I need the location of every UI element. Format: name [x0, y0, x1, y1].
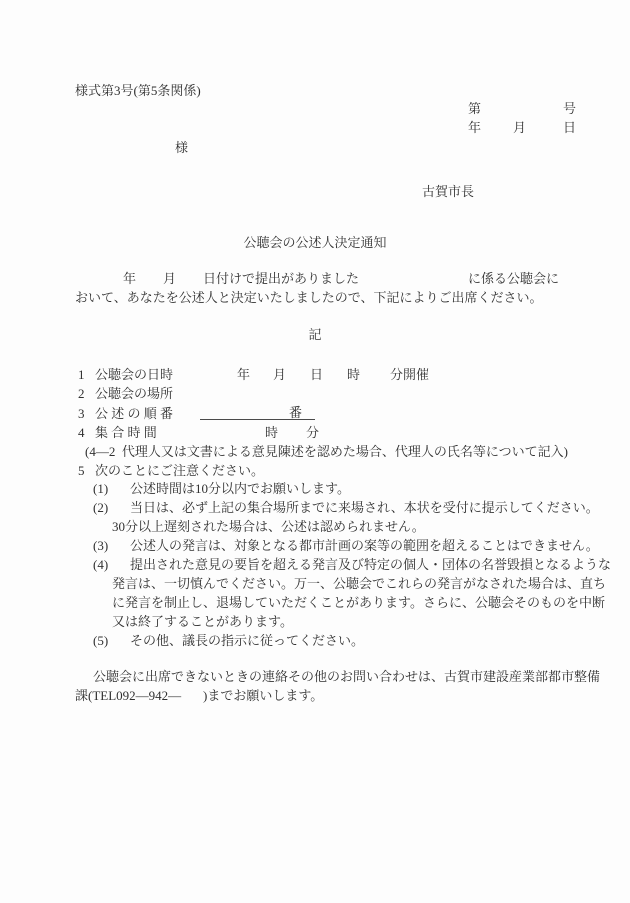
item4-field-minute: 分	[306, 425, 319, 440]
item1-number: 1	[78, 367, 85, 382]
item1-field-day: 日	[310, 367, 323, 382]
date-month-label: 月	[513, 120, 526, 135]
note5-line1: その他、議長の指示に従ってください。	[130, 633, 364, 648]
item2-number: 2	[78, 386, 85, 401]
item1-field-hour: 時	[347, 367, 360, 382]
note1-marker: (1)	[93, 481, 108, 496]
item4-field-hour: 時	[265, 425, 278, 440]
item3-number: 3	[78, 406, 85, 421]
note4-line1: 提出された意見の要旨を超える発言及び特定の個人・団体の名誉毀損となるような	[130, 557, 611, 572]
intro-text-tail: に係る公聴会に	[468, 271, 559, 286]
item3-label: 公 述 の 順 番	[95, 406, 173, 421]
sender-name: 古賀市長	[422, 184, 474, 199]
note2-line1: 当日は、必ず上記の集合場所までに来場され、本状を受付に提示してください。	[130, 500, 599, 515]
note2-marker: (2)	[93, 500, 108, 515]
order-number-unit: 番	[289, 405, 315, 420]
contact-phone-head: 課(TEL092—942—	[75, 688, 181, 703]
note3-marker: (3)	[93, 538, 108, 553]
date-year-label: 年	[468, 120, 481, 135]
item5-number: 5	[78, 463, 85, 478]
order-number-blank: 番	[200, 405, 315, 420]
item4-number: 4	[78, 425, 85, 440]
intro-text-line2: おいて、あなたを公述人と決定いたしましたので、下記によりご出席ください。	[75, 290, 542, 305]
document-title: 公聴会の公述人決定通知	[0, 235, 630, 250]
item1-field-month: 月	[273, 367, 286, 382]
note4-line4: 又は終了することがあります。	[112, 614, 293, 629]
addressee-honorific: 様	[175, 140, 188, 155]
doc-number-suffix: 号	[563, 101, 576, 116]
public-hearing-notice-document: 様式第3号(第5条関係) 第 号 年 月 日 様 古賀市長 公聴会の公述人決定通…	[0, 0, 630, 903]
note1-line1: 公述時間は10分以内でお願いします。	[130, 481, 350, 496]
item2-label: 公聴会の場所	[95, 386, 173, 401]
item4-label: 集 合 時 間	[95, 425, 157, 440]
item4-proxy-note: (4—2 代理人又は文書による意見陳述を認めた場合、代理人の氏名等について記入)	[85, 444, 568, 459]
intro-text-middle: 日付けで提出がありました	[203, 271, 359, 286]
intro-year-label: 年	[123, 271, 136, 286]
note4-line2: 発言は、一切慎んでください。万一、公聴会でこれらの発言がなされた場合は、直ち	[112, 576, 606, 591]
note4-marker: (4)	[93, 557, 108, 572]
note3-line1: 公述人の発言は、対象となる都市計画の案等の範囲を超えることはできません。	[130, 538, 599, 553]
doc-number-prefix: 第	[468, 101, 481, 116]
note5-marker: (5)	[93, 633, 108, 648]
intro-month-label: 月	[163, 271, 176, 286]
form-number: 様式第3号(第5条関係)	[75, 83, 201, 98]
item1-field-year: 年	[237, 367, 250, 382]
item1-label: 公聴会の日時	[95, 367, 173, 382]
date-day-label: 日	[563, 120, 576, 135]
record-marker: 記	[0, 327, 630, 342]
note2-line2: 30分以上遅刻された場合は、公述は認められません。	[112, 519, 425, 534]
item5-label: 次のことにご注意ください。	[95, 463, 264, 478]
contact-info-line1: 公聴会に出席できないときの連絡その他のお問い合わせは、古賀市建設産業部都市整備	[93, 669, 600, 684]
item1-field-minute: 分開催	[390, 367, 429, 382]
contact-phone-tail: )までお願いします。	[203, 688, 323, 703]
note4-line3: に発言を制止し、退場していただくことがあります。さらに、公聴会そのものを中断	[112, 595, 605, 610]
